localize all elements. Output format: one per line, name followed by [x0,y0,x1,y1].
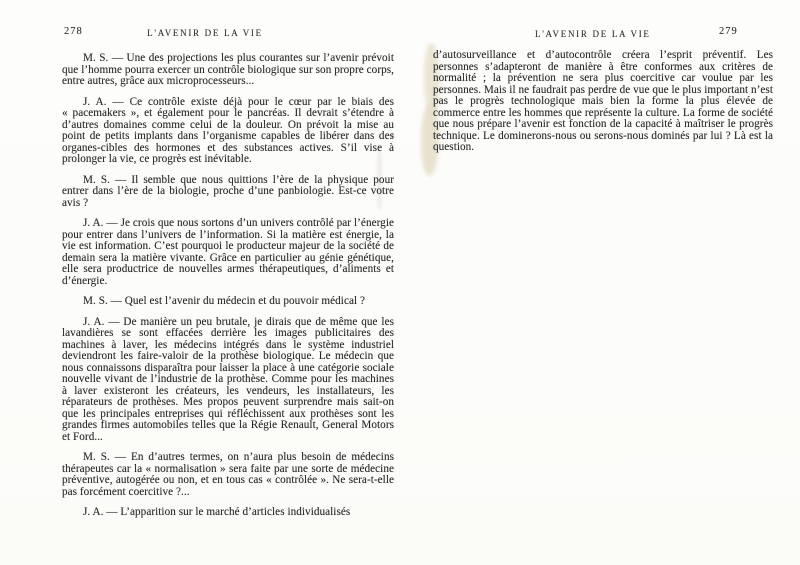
paragraph-ja-3: J. A. — De manière un peu brutale, je di… [62,317,394,444]
book-scan: 278 L'AVENIR DE LA VIE M. S. — Une des p… [0,0,800,565]
page-number-right: 279 [719,26,738,37]
paragraph-ms-4: M. S. — En d’autres termes, on n’aura pl… [62,452,394,498]
paragraph-continuation: d’autosurveillance et d’autocontrôle cré… [433,50,773,154]
paragraph-ms-2: M. S. — Il semble que nous quittions l’è… [62,175,394,210]
running-title-left: L'AVENIR DE LA VIE [120,28,290,38]
page-279: L'AVENIR DE LA VIE 279 d’autosurveillanc… [400,0,800,565]
page-278: 278 L'AVENIR DE LA VIE M. S. — Une des p… [0,0,400,565]
paragraph-ja-2: J. A. — Je crois que nous sortons d’un u… [62,218,394,287]
page-number-left: 278 [64,26,83,37]
text-column-right: d’autosurveillance et d’autocontrôle cré… [433,50,773,154]
paragraph-ja-1: J. A. — Ce contrôle existe déjà pour le … [62,97,394,166]
paragraph-ms-1: M. S. — Une des projections les plus cou… [62,53,394,88]
text-column-left: M. S. — Une des projections les plus cou… [62,53,394,519]
paragraph-ja-4: J. A. — L’apparition sur le marché d’art… [62,507,394,519]
running-title-right: L'AVENIR DE LA VIE [535,29,651,39]
paragraph-ms-3: M. S. — Quel est l’avenir du médecin et … [62,296,394,308]
